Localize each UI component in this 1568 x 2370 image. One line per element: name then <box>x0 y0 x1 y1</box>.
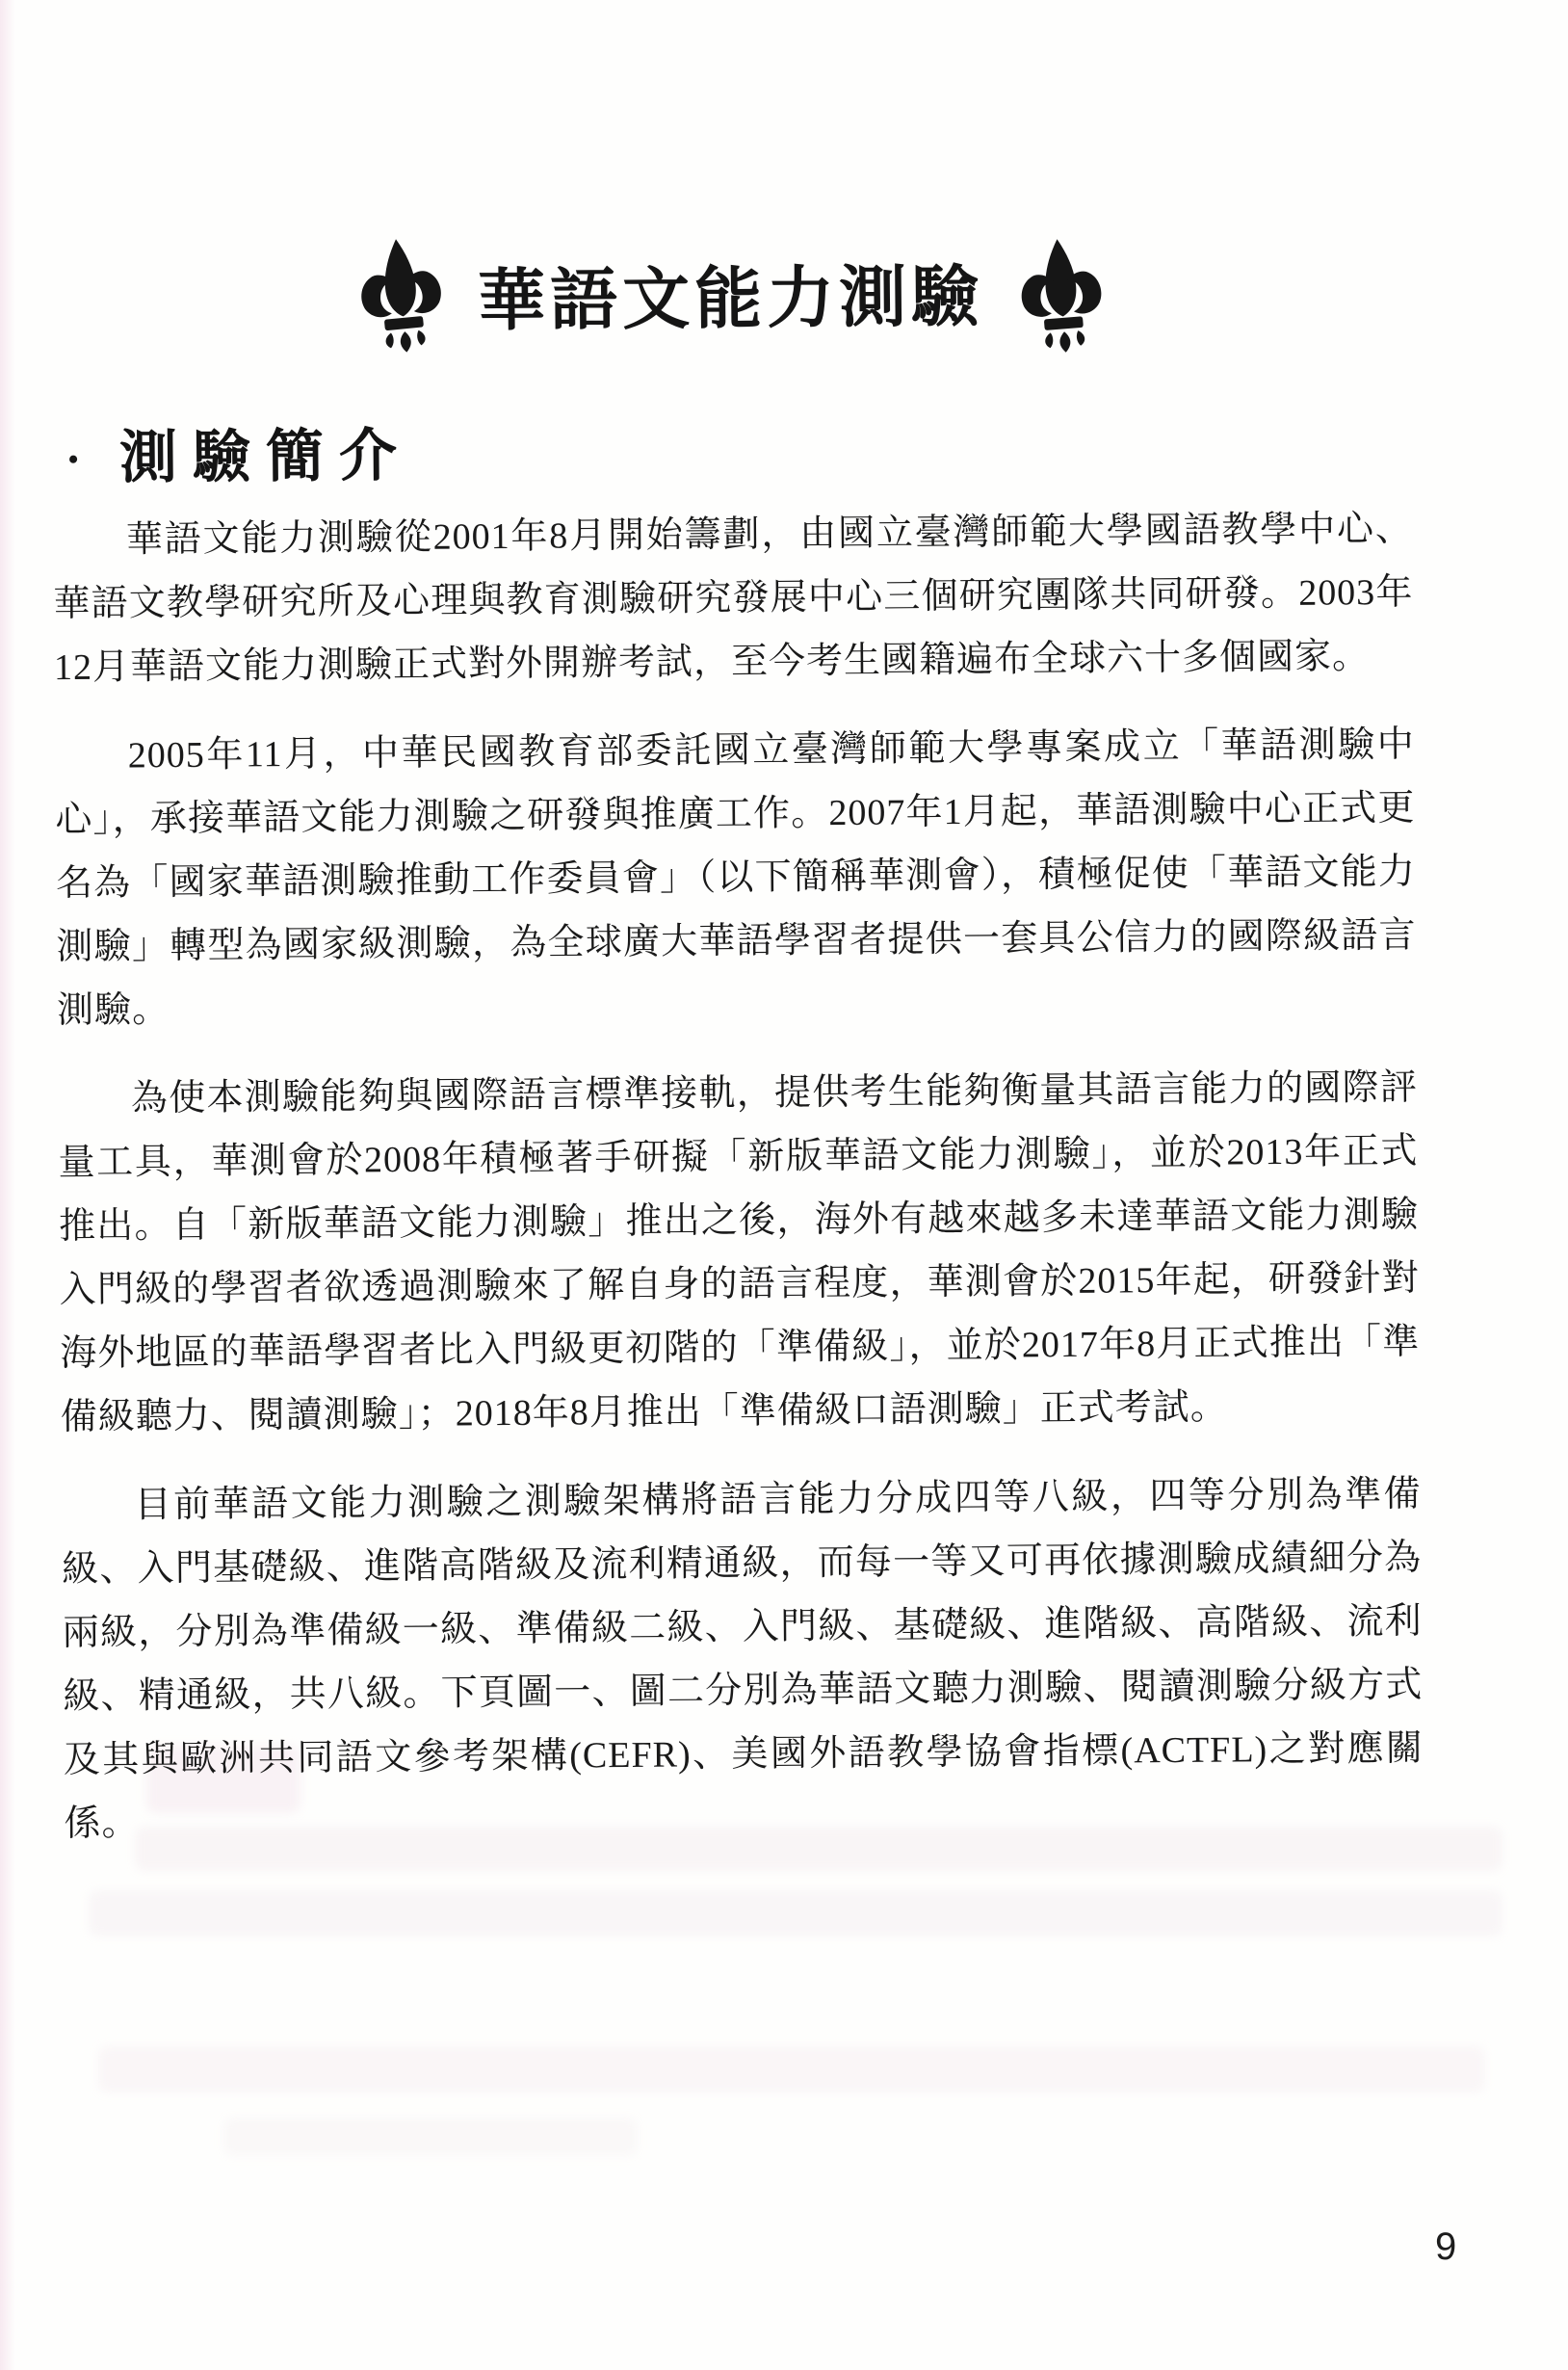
page-number: 9 <box>1435 2225 1456 2269</box>
section-heading-row: • 測驗簡介 <box>52 407 1413 489</box>
fleur-de-lis-icon <box>351 232 450 359</box>
document-title: 華語文能力測驗 <box>478 242 984 344</box>
page-content: 華語文能力測驗 • 測驗簡介 華語文能力測驗從2001年8月開始籌劃，由國立臺灣… <box>48 0 1424 1856</box>
paragraph-1: 華語文能力測驗從2001年8月開始籌劃，由國立臺灣師範大學國語教學中心、華語文教… <box>53 497 1415 699</box>
scanned-document-page: 華語文能力測驗 • 測驗簡介 華語文能力測驗從2001年8月開始籌劃，由國立臺灣… <box>0 0 1568 2370</box>
paragraph-3: 為使本測驗能夠與國際語言標準接軌，提供考生能夠衡量其語言能力的國際評量工具，華測… <box>58 1056 1421 1449</box>
body-text: 華語文能力測驗從2001年8月開始籌劃，由國立臺灣師範大學國語教學中心、華語文教… <box>53 497 1424 1856</box>
fleur-de-lis-icon <box>1012 233 1110 359</box>
bleed-through-ghost-text <box>98 2046 1485 2093</box>
document-title-row: 華語文能力測驗 <box>50 224 1411 362</box>
paragraph-2: 2005年11月，中華民國教育部委託國立臺灣師範大學專案成立「華語測驗中心」，承… <box>55 713 1418 1042</box>
paragraph-4: 目前華語文能力測驗之測驗架構將語言能力分成四等八級，四等分別為準備級、入門基礎級… <box>61 1462 1424 1856</box>
section-heading: 測驗簡介 <box>119 409 413 495</box>
bleed-through-ghost-text <box>223 2118 638 2156</box>
section-bullet: • <box>67 431 79 477</box>
scan-edge-tint <box>0 0 15 2370</box>
bleed-through-ghost-text <box>89 1890 1503 1936</box>
